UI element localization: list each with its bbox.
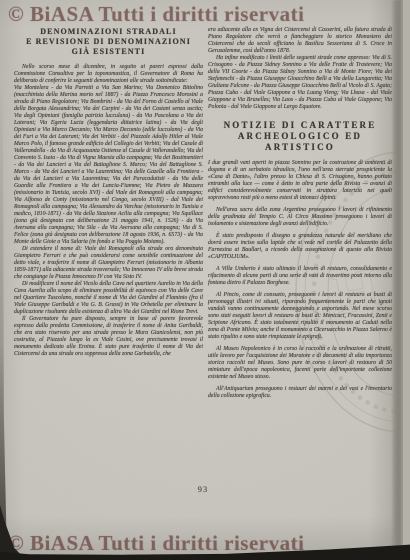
- section-title-line: NOTIZIE DI CARATTERE: [208, 120, 392, 131]
- left-column: DENOMINAZIONI STRADALI E REVISIONE DI DE…: [14, 27, 203, 358]
- section-title: NOTIZIE DI CARATTERE ARCHEOLOGICO ED ART…: [208, 120, 392, 153]
- section-title-line: ARCHEOLOGICO ED ARTISTICO: [208, 131, 392, 153]
- right-column-paragraph: Al Pincio, come di consueto, proseguono …: [208, 292, 392, 341]
- right-column-paragraph: Al Museo Napoleonico è in corso la racco…: [208, 346, 392, 381]
- right-column-paragraph: È stato predisposto il disegno a grandez…: [208, 233, 392, 261]
- article-title: DENOMINAZIONI STRADALI E REVISIONE DI DE…: [14, 27, 203, 57]
- page-edge-right: [403, 0, 410, 560]
- left-column-paragraph: Via Montelera - da Via Parretti a Via Sa…: [14, 85, 203, 246]
- page-edge-shadow-left: [0, 80, 7, 560]
- article-title-line: GIÀ ESISTENTI: [14, 47, 203, 57]
- article-title-line: E REVISIONE DI DENOMINAZIONI: [14, 37, 203, 47]
- page-number: 93: [188, 484, 218, 494]
- left-column-body: Nello scorso mese di dicembre, in seguit…: [14, 64, 203, 358]
- article-title-line: DENOMINAZIONI STRADALI: [14, 27, 203, 37]
- watermark-bottom: © BiASA Tutti i diritti riservati: [8, 531, 304, 556]
- watermark-top: © BiASA Tutti i diritti riservati: [8, 2, 304, 27]
- scanned-page: H R © BiASA Tutti i diritti riservati © …: [0, 0, 410, 560]
- right-column-paragraph: Nell'area sacra della zona Argentina pro…: [208, 207, 392, 228]
- left-column-paragraph: Di modificare il nome del Vicolo della C…: [14, 281, 203, 316]
- left-column-paragraph: Di estendere il nome di: Viale dei Romag…: [14, 246, 203, 281]
- right-column-paragraph: All'Antiquarium proseguono i restauri de…: [208, 386, 392, 400]
- right-column-intro-paragraph: Ha infine modificato i limiti delle segu…: [208, 55, 392, 111]
- left-column-paragraph: Nello scorso mese di dicembre, in seguit…: [14, 64, 203, 85]
- right-column-paragraph: A Villa Umberto è stato ultimato il lavo…: [208, 266, 392, 287]
- right-column-intro-paragraph: era adiacente alla ex Vigna dei Cisterce…: [208, 27, 392, 55]
- left-column-paragraph: Il Governatore ha pure disposto, sempre …: [14, 316, 203, 358]
- right-column-paragraph: I due grandi vani aperti in piazza Sonni…: [208, 160, 392, 202]
- right-column: era adiacente alla ex Vigna dei Cisterce…: [208, 27, 392, 400]
